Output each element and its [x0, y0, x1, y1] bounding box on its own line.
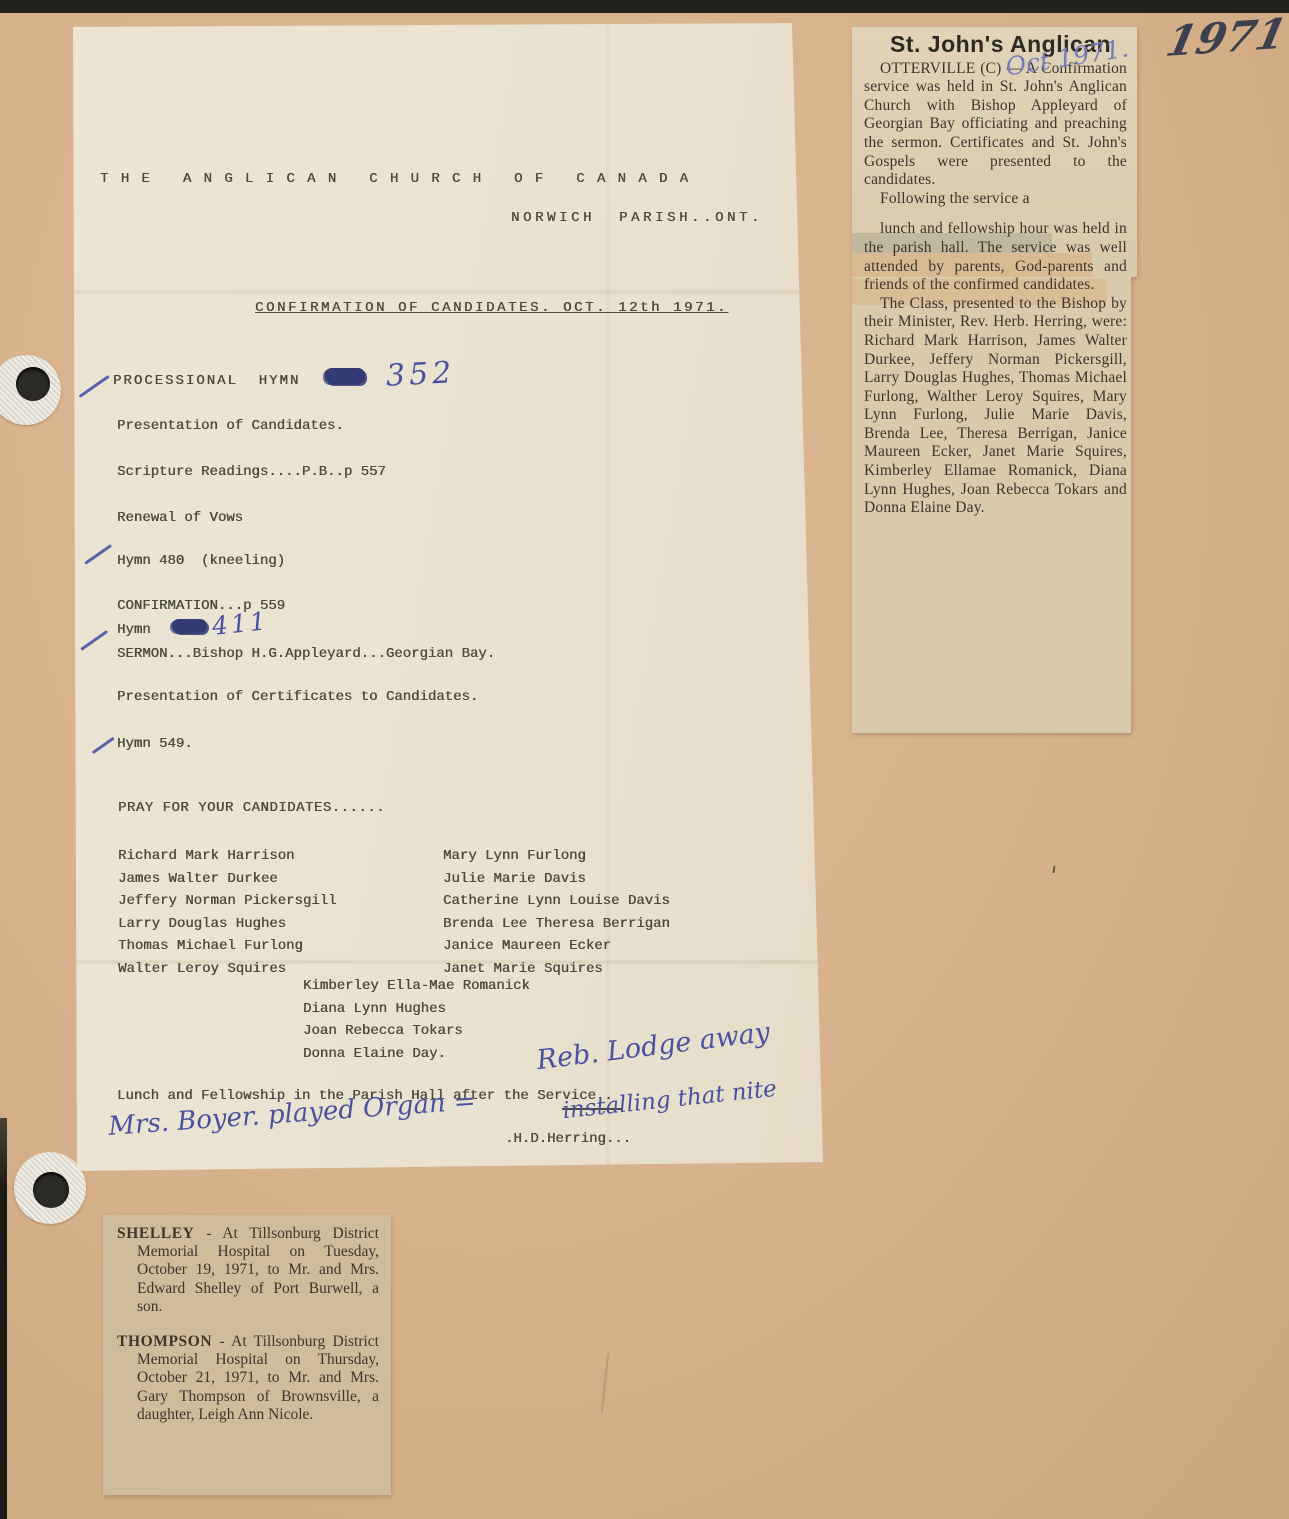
candidate-name: Thomas Michael Furlong	[118, 935, 336, 958]
clipping-paragraph: The Class, presented to the Bishop by th…	[864, 295, 1127, 518]
processional-hymn-line: PROCESSIONAL HYMN	[113, 373, 300, 389]
candidate-name: Kimberley Ella-Mae Romanick	[303, 975, 530, 998]
candidate-name: Janice Maureen Ecker	[443, 935, 670, 958]
handwritten-hymn-number: 352	[385, 355, 456, 394]
birth-surname: THOMPSON	[117, 1333, 212, 1350]
program-heading: CONFIRMATION OF CANDIDATES. OCT. 12th 19…	[255, 300, 728, 316]
renewal-line: Renewal of Vows	[117, 510, 243, 526]
candidate-name: Joan Rebecca Tokars	[303, 1020, 530, 1043]
candidate-name: Brenda Lee Theresa Berrigan	[443, 913, 670, 936]
candidate-name: Donna Elaine Day.	[303, 1043, 530, 1066]
ink-speck	[1053, 866, 1056, 873]
album-page: THE ANGLICAN CHURCH OF CANADA NORWICH PA…	[0, 13, 1289, 1519]
candidate-name: Julie Marie Davis	[443, 868, 670, 891]
clipping-paragraph: OTTERVILLE (C) — A Confirmation service …	[864, 60, 1127, 190]
candidates-left-column: Richard Mark Harrison James Walter Durke…	[118, 845, 336, 980]
hymn-label: Hymn	[117, 622, 159, 638]
sermon-line: SERMON...Bishop H.G.Appleyard...Georgian…	[117, 646, 495, 662]
fold-crease	[73, 291, 825, 293]
candidates-center-column: Kimberley Ella-Mae Romanick Diana Lynn H…	[303, 975, 530, 1065]
birth-surname: SHELLEY	[117, 1225, 194, 1242]
ink-scribble	[325, 368, 365, 384]
signature-line: .H.D.Herring...	[505, 1131, 631, 1147]
fold-crease	[607, 23, 609, 1173]
handwritten-hymn-number: 411	[211, 606, 270, 641]
parish-line: NORWICH PARISH..ONT.	[511, 210, 763, 226]
candidates-right-column: Mary Lynn Furlong Julie Marie Davis Cath…	[443, 845, 670, 980]
scripture-line: Scripture Readings....P.B..p 557	[117, 464, 386, 480]
birth-announcement: SHELLEY - At Tillsonburg District Memori…	[117, 1225, 379, 1316]
candidate-name: Mary Lynn Furlong	[443, 845, 670, 868]
birth-announcements-clipping: SHELLEY - At Tillsonburg District Memori…	[103, 1215, 391, 1495]
certificates-line: Presentation of Certificates to Candidat…	[117, 689, 478, 705]
candidate-name: James Walter Durkee	[118, 868, 336, 891]
hymn480-line: Hymn 480 (kneeling)	[117, 553, 285, 569]
scan-edge	[0, 1118, 7, 1519]
candidate-name: Diana Lynn Hughes	[303, 998, 530, 1021]
clipping-paragraph: Following the service a	[864, 190, 1127, 209]
church-title: THE ANGLICAN CHURCH OF CANADA	[100, 171, 700, 187]
punched-hole	[33, 1172, 69, 1208]
pray-header: PRAY FOR YOUR CANDIDATES......	[118, 800, 385, 816]
typed-program-sheet: THE ANGLICAN CHURCH OF CANADA NORWICH PA…	[73, 23, 825, 1173]
ink-scribble	[172, 619, 207, 633]
scrapbook-scan: THE ANGLICAN CHURCH OF CANADA NORWICH PA…	[0, 0, 1289, 1519]
clipping-paragraph: lunch and fellowship hour was held in th…	[864, 220, 1127, 294]
newspaper-clipping: St. John's Anglican OTTERVILLE (C) — A C…	[852, 27, 1137, 733]
clipping-text: St. John's Anglican OTTERVILLE (C) — A C…	[852, 27, 1137, 518]
birth-announcement: THOMPSON - At Tillsonburg District Memor…	[117, 1333, 379, 1424]
candidate-name: Larry Douglas Hughes	[118, 913, 336, 936]
candidate-name: Richard Mark Harrison	[118, 845, 336, 868]
page-scratch	[601, 1353, 609, 1413]
hymn549-line: Hymn 549.	[117, 736, 193, 752]
handwritten-corner-year: 1971	[1162, 9, 1289, 66]
punched-hole	[16, 367, 50, 401]
presentation-line: Presentation of Candidates.	[117, 418, 344, 434]
candidate-name: Jeffery Norman Pickersgill	[118, 890, 336, 913]
candidate-name: Catherine Lynn Louise Davis	[443, 890, 670, 913]
